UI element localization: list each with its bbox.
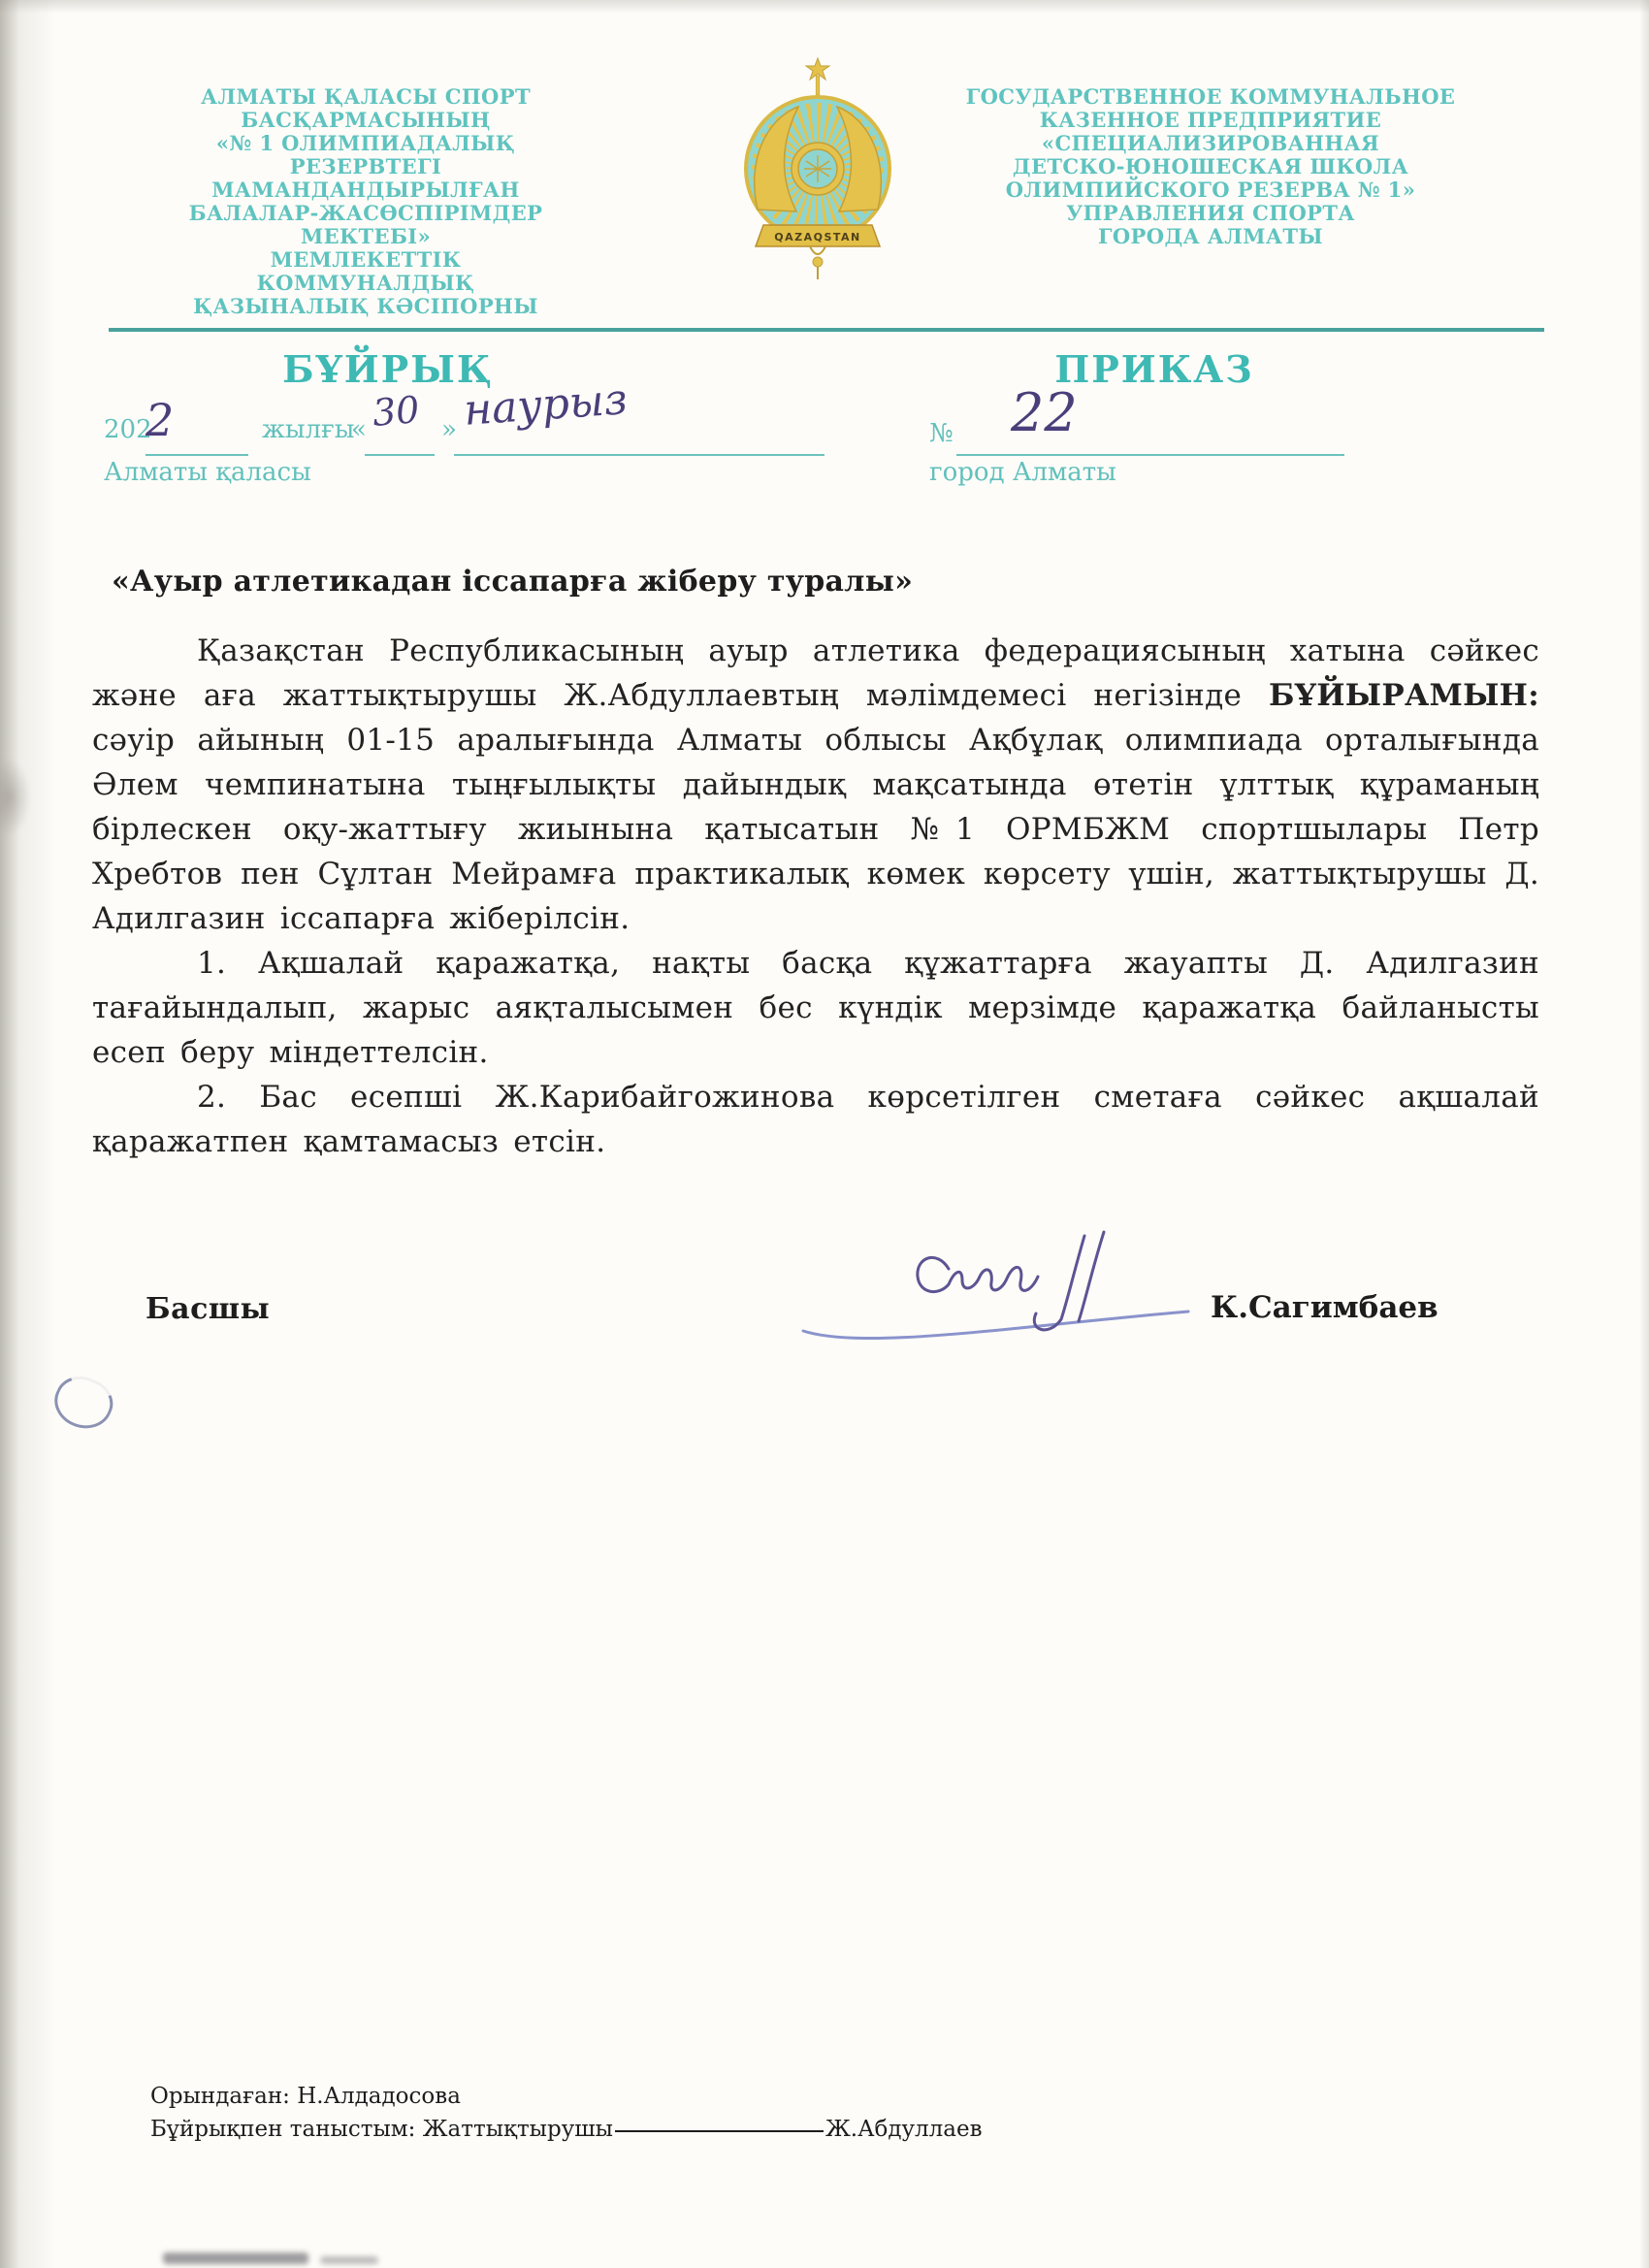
number-label: № [929, 419, 954, 448]
scan-artifact [320, 2256, 378, 2264]
kazakhstan-coat-of-arms-icon: QAZAQSTAN [740, 54, 895, 287]
number-handwritten: 22 [1011, 382, 1078, 443]
decree-keyword: БҰЙЫРАМЫН: [1269, 678, 1539, 713]
pen-mark-artifact [47, 1368, 120, 1438]
fill-in-line [956, 454, 1344, 456]
letterhead-russian: ГОСУДАРСТВЕННОЕ КОММУНАЛЬНОЕ КАЗЕННОЕ ПР… [963, 85, 1458, 248]
fill-in-line [454, 454, 824, 456]
date-year-handwritten: 2 [145, 394, 174, 446]
document-subject-title: «Ауыр атлетикадан іссапарға жіберу турал… [112, 565, 1179, 599]
letterhead-line: АЛМАТЫ ҚАЛАСЫ СПОРТ [158, 85, 573, 109]
letterhead-divider [109, 328, 1544, 332]
letterhead-line: МЕМЛЕКЕТТІК КОММУНАЛДЫҚ [158, 248, 573, 295]
signature-blank-line [615, 2130, 824, 2132]
letterhead-line: «№ 1 ОЛИМПИАДАЛЫҚ [158, 132, 573, 155]
letterhead-line: ГОРОДА АЛМАТЫ [963, 225, 1458, 248]
acknowledgement-label: Бұйрықпен таныстым: Жаттықтырушы [150, 2117, 613, 2142]
executor-line: Орындаған: Н.Алдадосова [150, 2084, 461, 2109]
date-year-word: жылғы [262, 415, 354, 444]
tassel-icon [810, 246, 825, 254]
place-kazakh: Алматы қаласы [104, 458, 311, 487]
letterhead-line: ГОСУДАРСТВЕННОЕ КОММУНАЛЬНОЕ [963, 85, 1458, 109]
acknowledgement-name: Ж.Абдуллаев [825, 2117, 983, 2142]
quote-close: » [441, 415, 457, 444]
fill-in-line [365, 454, 435, 456]
date-day-handwritten: 30 [371, 388, 421, 435]
letterhead-line: «СПЕЦИАЛИЗИРОВАННАЯ [963, 132, 1458, 155]
letterhead-line: БАЛАЛАР-ЖАСӨСПІРІМДЕР МЕКТЕБІ» [158, 202, 573, 248]
letterhead-line: ҚАЗЫНАЛЫҚ КӘСІПОРНЫ [158, 295, 573, 318]
order-title-russian: ПРИКАЗ [912, 347, 1397, 391]
scan-edge-shadow [1639, 0, 1649, 2268]
order-body: Қазақстан Республикасының ауыр атлетика … [92, 629, 1539, 1164]
signatory-role: Басшы [145, 1292, 270, 1326]
scan-edge-shadow [0, 0, 56, 2268]
letterhead-line: ДЕТСКО-ЮНОШЕСКАЯ ШКОЛА [963, 155, 1458, 178]
paragraph: 2. Бас есепші Ж.Карибайгожинова көрсетіл… [92, 1075, 1539, 1164]
letterhead-line: УПРАВЛЕНИЯ СПОРТА [963, 202, 1458, 225]
quote-open: « [351, 415, 367, 444]
date-month-handwritten: наурыз [462, 374, 629, 436]
scan-edge-shadow [0, 0, 1649, 14]
fill-in-line [145, 454, 248, 456]
letterhead-line: КАЗЕННОЕ ПРЕДПРИЯТИЕ [963, 109, 1458, 132]
banner-text: QAZAQSTAN [774, 231, 861, 243]
letterhead-line: ОЛИМПИЙСКОГО РЕЗЕРВА № 1» [963, 178, 1458, 202]
paragraph: Қазақстан Республикасының ауыр атлетика … [92, 629, 1539, 941]
body-text-run: сәуір айының 01-15 аралығында Алматы обл… [92, 723, 1539, 936]
paragraph: 1. Ақшалай қаражатқа, нақты басқа құжатт… [92, 941, 1539, 1075]
scan-artifact [163, 2252, 308, 2264]
letterhead-line: БАСҚАРМАСЫНЫҢ [158, 109, 573, 132]
place-russian: город Алматы [929, 458, 1116, 487]
document-page: { "letterhead": { "left_lines": [ "АЛМАТ… [0, 0, 1649, 2268]
signatory-name: К.Сагимбаев [1211, 1290, 1439, 1325]
signature-script [795, 1213, 1203, 1377]
letterhead-kazakh: АЛМАТЫ ҚАЛАСЫ СПОРТ БАСҚАРМАСЫНЫҢ «№ 1 О… [158, 85, 573, 318]
letterhead-line: РЕЗЕРВТЕГІ МАМАНДАНДЫРЫЛҒАН [158, 155, 573, 202]
acknowledgement-line: Бұйрықпен таныстым: ЖаттықтырушыЖ.Абдулл… [150, 2117, 983, 2142]
